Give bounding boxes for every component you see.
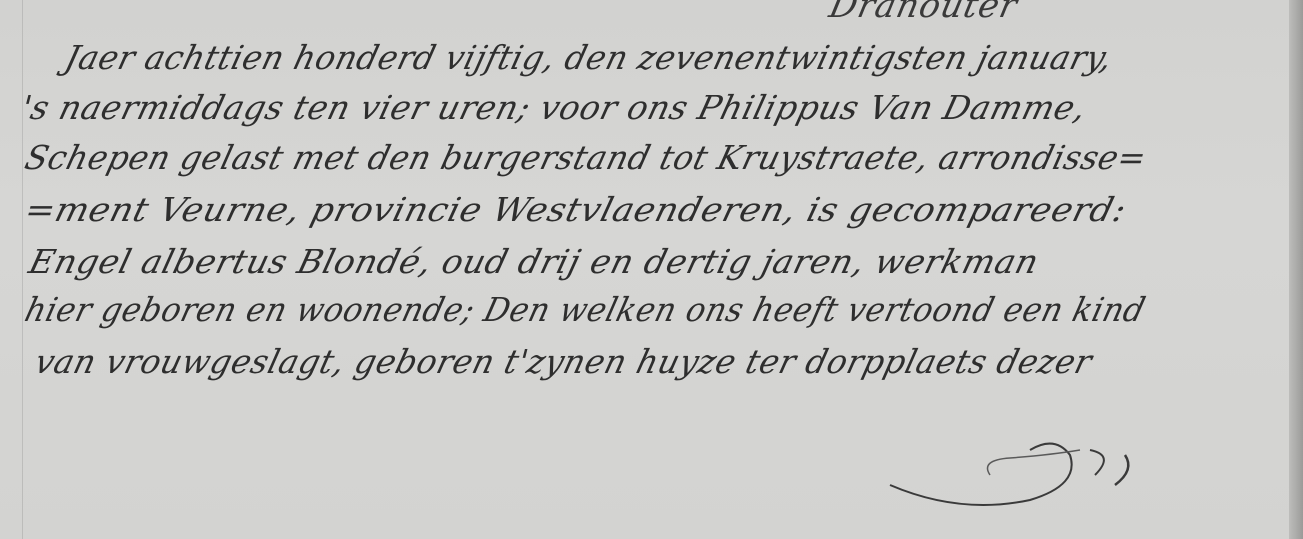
margin-line <box>22 0 23 539</box>
document-line-3: Schepen gelast met den burgerstand tot K… <box>21 138 1151 177</box>
signature-paraph-icon <box>880 430 1180 530</box>
document-line-4: =ment Veurne, provincie Westvlaenderen, … <box>21 190 1131 229</box>
document-line-5: Engel albertus Blondé, oud drij en derti… <box>25 242 1043 281</box>
document-line-1: Jaer achttien honderd vijftig, den zeven… <box>61 38 1117 77</box>
header-fragment: Dranouter <box>826 0 1022 26</box>
document-line-7: van vrouwgeslagt, geboren t'zynen huyze … <box>31 342 1096 381</box>
document-line-2: 's naermiddags ten vier uren; voor ons P… <box>17 88 1090 127</box>
document-scan: Dranouter Jaer achttien honderd vijftig,… <box>0 0 1303 539</box>
document-line-6: hier geboren en woonende; Den welken ons… <box>21 290 1149 329</box>
